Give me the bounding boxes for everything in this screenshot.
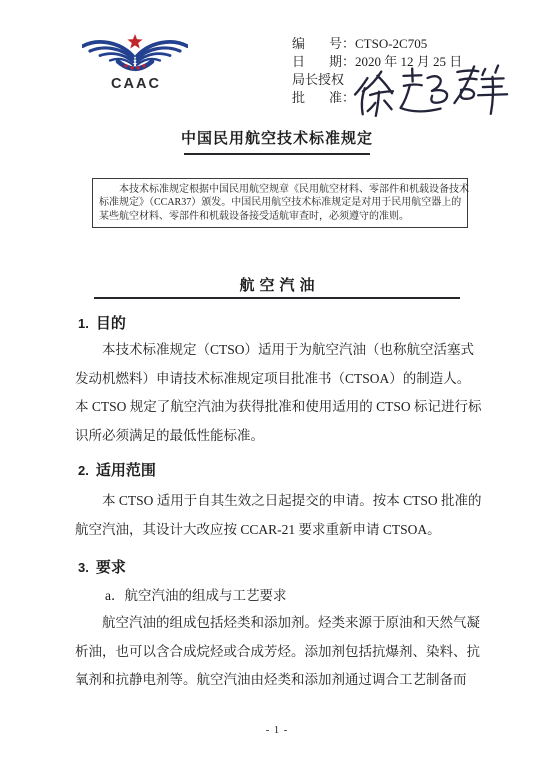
subsection-a-heading: a．航空汽油的组成与工艺要求 [105,586,287,606]
notice-line: 标准规定》（CCAR37）颁发。中国民用航空技术标准规定是对用于民用航空器上的 [99,196,461,209]
document-page: CAAC 编号：CTSO-2C705日期：2020 年 12 月 25 日局长授… [0,0,554,783]
section-heading-requirements: 3.要求 [78,558,126,578]
paragraph-purpose: 本技术标准规定（CTSO）适用于为航空汽油（也称航空活塞式发动机燃料）申请技术标… [75,336,481,450]
page-number: - 1 - [0,725,554,736]
section-number: 3. [78,560,89,575]
header-field-row: 编号：CTSO-2C705 [292,35,462,53]
notice-line: 本技术标准规定根据中国民用航空规章《民用航空材料、零部件和机载设备技术 [99,183,461,196]
paragraph-requirements: 航空汽油的组成包括烃类和添加剂。烃类来源于原油和天然气凝析油，也可以含合成烷烃或… [75,609,481,695]
text-line: 航空汽油的组成包括烃类和添加剂。烃类来源于原油和天然气凝 [75,609,481,638]
subject-heading: 航空汽油 [0,276,554,296]
approval-signature [345,59,511,125]
section-number: 2. [78,463,89,478]
text-line: 本 CTSO 适用于自其生效之日起提交的申请。按本 CTSO 批准的 [75,487,481,516]
text-line: 航空汽油，其设计大改应按 CCAR-21 要求重新申请 CTSOA。 [75,516,481,545]
red-star-icon [127,34,142,49]
text-line: 发动机燃料）申请技术标准规定项目批准书（CTSOA）的制造人。 [75,365,481,394]
caac-logo-text: CAAC [82,77,188,91]
section-heading-scope: 2.适用范围 [78,461,156,481]
field-label: 日期 [292,53,342,71]
field-label: 批准 [292,89,342,107]
paragraph-scope: 本 CTSO 适用于自其生效之日起提交的申请。按本 CTSO 批准的航空汽油，其… [75,487,481,544]
text-line: 氧剂和抗静电剂等。航空汽油由烃类和添加剂通过调合工艺制备而 [75,666,481,695]
section-number: 1. [78,316,89,331]
title-underline [184,153,370,155]
text-line: 析油，也可以含合成烷烃或合成芳烃。添加剂包括抗爆剂、染料、抗 [75,638,481,667]
document-title: 中国民用航空技术标准规定 [0,129,554,149]
field-label: 编号 [292,35,342,53]
subject-heading-underline [94,297,460,299]
text-line: 识所必须满足的最低性能标准。 [75,422,481,451]
notice-line: 某些航空材料、零部件和机载设备接受适航审查时，必须遵守的准则。 [99,210,461,223]
section-heading-purpose: 1.目的 [78,314,126,334]
text-line: 本 CTSO 规定了航空汽油为获得批准和使用适用的 CTSO 标记进行标 [75,393,481,422]
text-line: 本技术标准规定（CTSO）适用于为航空汽油（也称航空活塞式 [75,336,481,365]
section-title: 适用范围 [96,462,156,479]
field-label: 局长授权 [292,71,342,89]
notice-box: 本技术标准规定根据中国民用航空规章《民用航空材料、零部件和机载设备技术标准规定》… [92,178,468,228]
field-colon: ： [342,35,355,53]
caac-logo: CAAC [82,34,188,91]
caac-wings-icon [82,34,188,76]
section-title: 要求 [96,559,126,576]
field-value: CTSO-2C705 [355,35,427,53]
section-title: 目的 [96,315,126,332]
